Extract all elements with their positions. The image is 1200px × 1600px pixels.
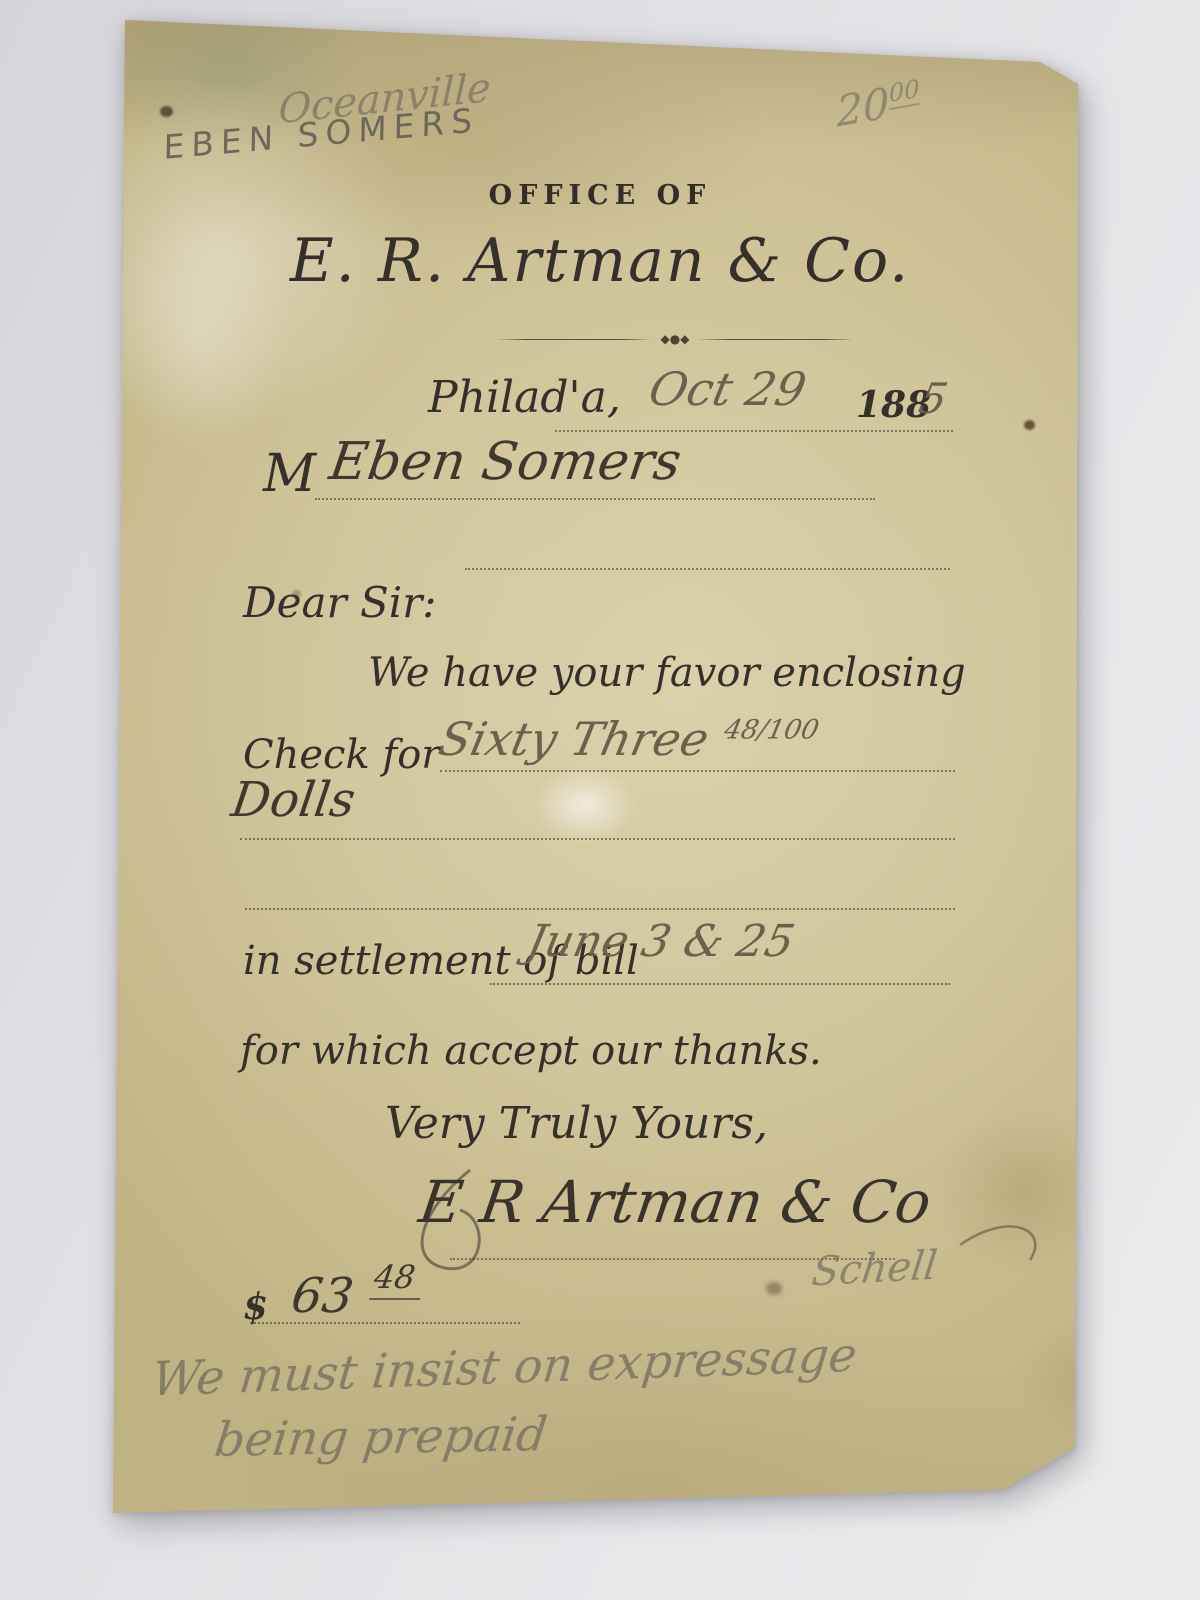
stain-spot bbox=[160, 106, 173, 117]
stain-spot bbox=[1024, 420, 1035, 430]
pencil-postscript-line2: being prepaid bbox=[212, 1407, 551, 1468]
letterhead-office-of: OFFICE OF bbox=[400, 180, 800, 211]
recipient-written-name: Eben Somers bbox=[326, 432, 685, 492]
dateline-written-year-digit: 5 bbox=[915, 374, 952, 423]
stain-spot bbox=[1145, 1093, 1154, 1101]
amount-words-text: Sixty Three bbox=[434, 712, 713, 766]
divider-rule-right bbox=[697, 339, 855, 340]
body-opening-line: We have your favor enclosing bbox=[368, 650, 966, 696]
letter-paper: Oceanville EBEN SOMERS 2000 OFFICE OF E.… bbox=[0, 0, 1200, 1600]
written-bill-date: June 3 & 25 bbox=[523, 916, 799, 967]
dotted-line-middle bbox=[245, 908, 955, 910]
divider-rule-left bbox=[495, 339, 653, 340]
pencil-note-price: 2000 bbox=[836, 72, 921, 136]
pencil-price-superscript: 00 bbox=[888, 73, 920, 110]
pencil-countersignature: Schell bbox=[809, 1243, 939, 1296]
photo-background: Oceanville EBEN SOMERS 2000 OFFICE OF E.… bbox=[0, 0, 1200, 1600]
letterhead-divider: ◆●◆ bbox=[495, 332, 855, 346]
dotted-line-check-for bbox=[440, 770, 955, 772]
recipient-printed-prefix: M bbox=[263, 444, 316, 504]
dotted-line-settlement bbox=[490, 983, 950, 985]
body-thanks-line: for which accept our thanks. bbox=[240, 1028, 822, 1074]
paper-shadow: Oceanville EBEN SOMERS 2000 OFFICE OF E.… bbox=[0, 0, 1200, 1600]
dateline-place: Philad'a, bbox=[428, 372, 621, 423]
closing-valediction: Very Truly Yours, bbox=[385, 1098, 768, 1149]
dotted-line-recipient bbox=[315, 498, 875, 500]
salutation: Dear Sir: bbox=[243, 578, 436, 627]
dateline-written-date: Oct 29 bbox=[644, 362, 811, 416]
amount-fraction-text: 48/100 bbox=[721, 715, 821, 746]
written-dolls: Dolls bbox=[228, 772, 359, 828]
dotted-line-blank bbox=[465, 568, 950, 570]
dotted-line-amount bbox=[250, 1322, 520, 1324]
pencil-postscript-line1: We must insist on expressage bbox=[149, 1328, 859, 1408]
signature-flourish bbox=[400, 1150, 1080, 1300]
dotted-line-dolls bbox=[240, 838, 955, 840]
amount-cents: 48 bbox=[369, 1258, 426, 1300]
written-amount-words: Sixty Three 48/100 bbox=[434, 712, 822, 766]
amount-dollars: 63 bbox=[288, 1268, 357, 1324]
pencil-price-number: 20 bbox=[836, 78, 890, 137]
divider-ornament: ◆●◆ bbox=[661, 332, 690, 346]
letterhead-company-name: E. R. Artman & Co. bbox=[250, 226, 950, 296]
